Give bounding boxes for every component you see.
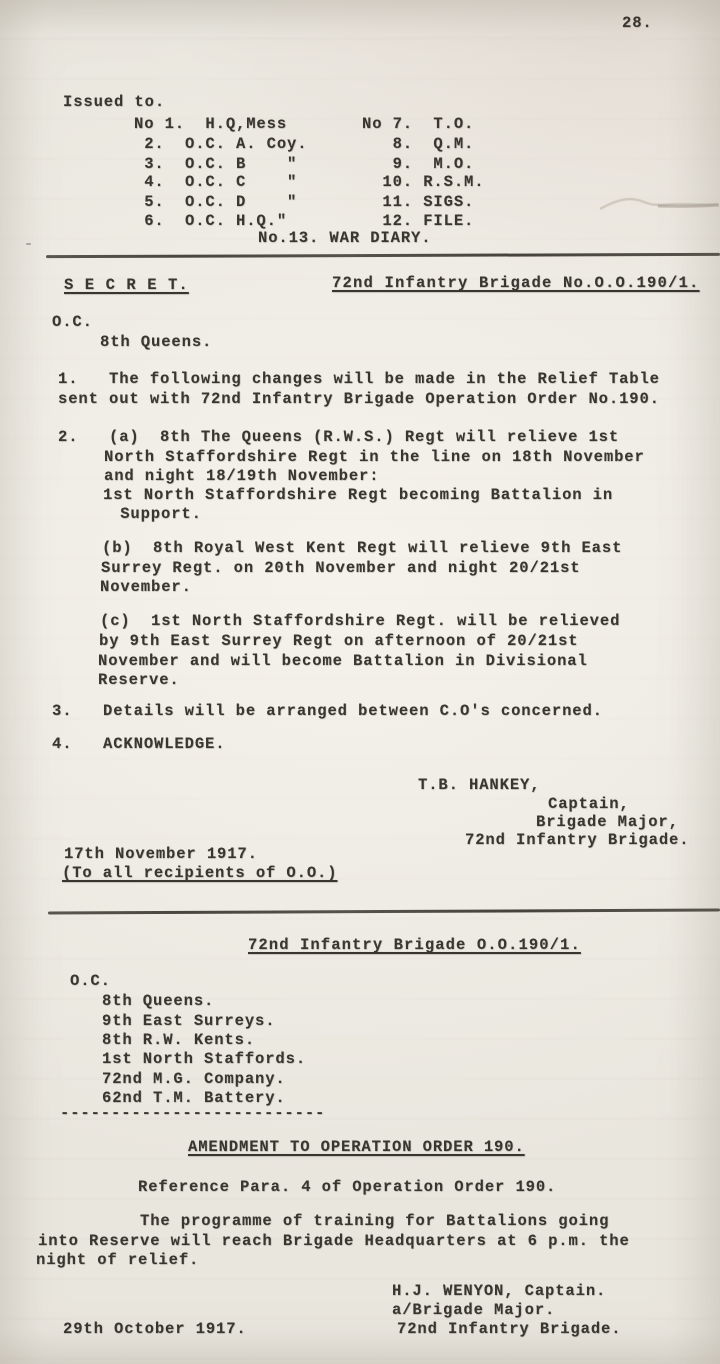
- para1-line: 1. The following changes will be made in…: [58, 370, 660, 389]
- distribution-right-row: 9. M.O.: [362, 155, 474, 174]
- order2-signature-unit: 72nd Infantry Brigade.: [397, 1320, 621, 1339]
- para1-line: sent out with 72nd Infantry Brigade Oper…: [58, 390, 660, 409]
- distribution-left-row: No 1. H.Q,Mess: [134, 115, 287, 134]
- war-diary-line: No.13. WAR DIARY.: [258, 229, 431, 248]
- para2c-line: (c) 1st North Staffordshire Regt. will b…: [100, 612, 620, 631]
- distribution-right-row: 8. Q.M.: [362, 135, 474, 154]
- para2b-line: (b) 8th Royal West Kent Regt will reliev…: [102, 539, 622, 558]
- order1-signature-rank: Captain,: [548, 795, 630, 814]
- order1-reference: 72nd Infantry Brigade No.O.O.190/1.: [332, 274, 700, 293]
- order2-addressee: O.C.: [70, 972, 111, 991]
- para2a-line: Support.: [110, 505, 202, 524]
- order2-title: AMENDMENT TO OPERATION ORDER 190.: [188, 1138, 525, 1157]
- order1-signature-name: T.B. HANKEY,: [418, 776, 540, 795]
- order2-signature-role: a/Brigade Major.: [392, 1301, 555, 1320]
- distribution-heading: Issued to.: [63, 93, 165, 112]
- para2c-line: by 9th East Surrey Regt on afternoon of …: [99, 632, 578, 651]
- distribution-right-row: No 7. T.O.: [362, 115, 474, 134]
- order2-reference-line: Reference Para. 4 of Operation Order 190…: [138, 1178, 556, 1197]
- para2b-line: November.: [100, 578, 192, 597]
- order2-date: 29th October 1917.: [63, 1320, 247, 1339]
- distribution-right-row: 10. R.S.M.: [362, 173, 484, 192]
- document-page: 28. Issued to. No 1. H.Q,Mess 2. O.C. A.…: [0, 0, 720, 1364]
- distribution-left-row: 3. O.C. B ": [134, 155, 297, 174]
- page-number: 28.: [622, 14, 653, 33]
- order1-recipients-note: (To all recipients of O.O.): [62, 864, 337, 883]
- order1-addressee: O.C.: [52, 313, 93, 332]
- pencil-mark: [596, 183, 720, 223]
- order2-reference: 72nd Infantry Brigade O.O.190/1.: [248, 936, 581, 955]
- order1-addressee-unit: 8th Queens.: [100, 333, 212, 352]
- ink-speck: [26, 243, 31, 245]
- para3-line: 3. Details will be arranged between C.O'…: [52, 702, 603, 721]
- distribution-left-row: 2. O.C. A. Coy.: [134, 135, 307, 154]
- distribution-left-row: 4. O.C. C ": [134, 173, 297, 192]
- para2a-line: and night 18/19th November:: [104, 467, 379, 486]
- para2a-line: North Staffordshire Regt in the line on …: [104, 448, 645, 467]
- para2b-line: Surrey Regt. on 20th November and night …: [101, 559, 580, 578]
- typed-dash-divider: --------------------------: [60, 1104, 325, 1123]
- order2-unit: 8th R.W. Kents.: [102, 1031, 255, 1050]
- order2-unit: 72nd M.G. Company.: [102, 1070, 286, 1089]
- order2-unit: 9th East Surreys.: [102, 1012, 275, 1031]
- order2-body-line: into Reserve will reach Brigade Headquar…: [38, 1232, 630, 1251]
- para2a-line: 1st North Staffordshire Regt becoming Ba…: [103, 486, 613, 505]
- distribution-right-row: 11. SIGS.: [362, 193, 474, 212]
- order1-date: 17th November 1917.: [64, 845, 258, 864]
- para4-line: 4. ACKNOWLEDGE.: [52, 735, 225, 754]
- order2-unit: 8th Queens.: [102, 992, 214, 1011]
- order2-body-line: night of relief.: [36, 1251, 199, 1270]
- order1-signature-unit: 72nd Infantry Brigade.: [465, 831, 689, 850]
- para2c-line: Reserve.: [98, 671, 180, 690]
- horizontal-rule-middle: [48, 909, 720, 915]
- order2-body-line: The programme of training for Battalions…: [140, 1212, 609, 1231]
- order2-signature-name: H.J. WENYON, Captain.: [392, 1282, 606, 1301]
- order2-unit: 1st North Staffords.: [102, 1050, 306, 1069]
- order1-signature-role: Brigade Major,: [536, 813, 679, 832]
- classification-secret: S E C R E T.: [64, 276, 189, 295]
- horizontal-rule-top: [46, 253, 720, 258]
- para2c-line: November and will become Battalion in Di…: [98, 652, 588, 671]
- para2a-line: 2. (a) 8th The Queens (R.W.S.) Regt will…: [58, 428, 619, 447]
- distribution-left-row: 5. O.C. D ": [134, 193, 297, 212]
